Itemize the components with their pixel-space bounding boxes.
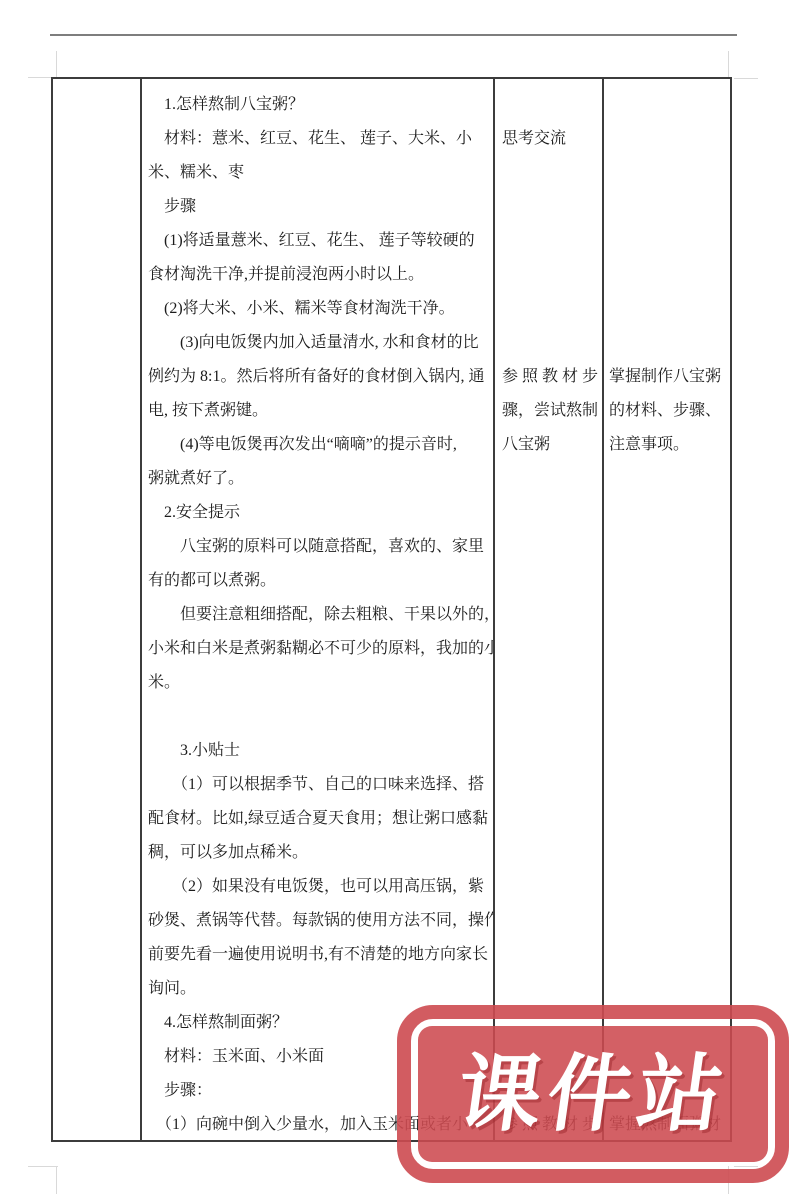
text-line xyxy=(609,972,727,1006)
text-line: 稠，可以多加点稀米。 xyxy=(148,836,489,870)
text-line: 注意事项。 xyxy=(609,428,727,462)
text-line: 1.怎样熬制八宝粥？ xyxy=(148,88,489,122)
text-line: 询问。 xyxy=(148,972,489,1006)
text-line: 八宝粥的原料可以随意搭配，喜欢的、家里 xyxy=(148,530,489,564)
watermark-stamp: 课件站 xyxy=(397,1005,789,1183)
text-line xyxy=(609,598,727,632)
text-line xyxy=(609,632,727,666)
text-line xyxy=(148,700,489,734)
text-line xyxy=(609,904,727,938)
text-line: （1）可以根据季节、自己的口味来选择、搭 xyxy=(148,768,489,802)
text-line: 3.小贴士 xyxy=(148,734,489,768)
text-line: 八宝粥 xyxy=(502,428,599,462)
text-line: (1)将适量薏米、红豆、花生、 莲子等较硬的 xyxy=(148,224,489,258)
text-line xyxy=(502,462,599,496)
text-line xyxy=(609,938,727,972)
text-line: (2)将大米、小米、糯米等食材淘洗干净。 xyxy=(148,292,489,326)
text-line: (3)向电饭煲内加入适量清水, 水和食材的比 xyxy=(148,326,489,360)
table-cell-learning-objective: 掌握制作八宝粥的材料、步骤、注意事项。 掌握熬制面粥材 xyxy=(604,79,730,1140)
text-line xyxy=(502,666,599,700)
table-cell-student-activity: 思考交流 参 照 教 材 步骤，尝试熬制八宝粥 参 照 教 材 步 xyxy=(495,79,604,1140)
lesson-plan-table: 1.怎样熬制八宝粥？ 材料：薏米、红豆、花生、 莲子、大米、小米、糯米、枣 步骤… xyxy=(51,77,732,1142)
text-line xyxy=(502,156,599,190)
text-line xyxy=(609,734,727,768)
text-line: 的材料、步骤、 xyxy=(609,394,727,428)
text-line xyxy=(502,938,599,972)
text-line xyxy=(502,972,599,1006)
text-line: 但要注意粗细搭配，除去粗粮、干果以外的， xyxy=(148,598,489,632)
margin-crop-mark-top-left xyxy=(56,51,57,77)
text-line xyxy=(502,904,599,938)
text-line: 有的都可以煮粥。 xyxy=(148,564,489,598)
text-line xyxy=(609,564,727,598)
text-line: 配食材。比如,绿豆适合夏天食用；想让粥口感黏 xyxy=(148,802,489,836)
text-line xyxy=(502,870,599,904)
text-line: (4)等电饭煲再次发出“嘀嘀”的提示音时, xyxy=(148,428,489,462)
text-line xyxy=(609,88,727,122)
margin-crop-mark-bottom-left xyxy=(28,1166,58,1167)
text-line: 思考交流 xyxy=(502,122,599,156)
text-line: 2.安全提示 xyxy=(148,496,489,530)
text-line: （2）如果没有电饭煲，也可以用高压锅，紫 xyxy=(148,870,489,904)
text-line xyxy=(502,564,599,598)
text-line xyxy=(502,292,599,326)
table-cell-empty-left xyxy=(53,79,142,1140)
text-line xyxy=(609,190,727,224)
text-line xyxy=(502,88,599,122)
text-line xyxy=(609,666,727,700)
text-line: 参 照 教 材 步 xyxy=(502,360,599,394)
text-line: 电, 按下煮粥键。 xyxy=(148,394,489,428)
margin-crop-mark-top-left xyxy=(28,77,51,78)
watermark-stamp-background: 课件站 xyxy=(418,1026,768,1162)
text-line: 粥就煮好了。 xyxy=(148,462,489,496)
watermark-stamp-text: 课件站 xyxy=(452,1052,734,1136)
text-line xyxy=(609,224,727,258)
margin-crop-mark-top-right xyxy=(728,51,729,77)
text-line xyxy=(502,768,599,802)
text-line xyxy=(609,836,727,870)
text-line xyxy=(502,496,599,530)
text-line xyxy=(609,870,727,904)
text-line: 米、糯米、枣 xyxy=(148,156,489,190)
text-line xyxy=(609,122,727,156)
text-line xyxy=(609,530,727,564)
text-line xyxy=(502,632,599,666)
text-line xyxy=(502,190,599,224)
text-line xyxy=(609,462,727,496)
text-line xyxy=(609,802,727,836)
text-line: 例约为 8:1。然后将所有备好的食材倒入锅内, 通 xyxy=(148,360,489,394)
text-line: 前要先看一遍使用说明书,有不清楚的地方向家长 xyxy=(148,938,489,972)
margin-crop-mark-top-right xyxy=(734,78,758,79)
text-line xyxy=(502,734,599,768)
text-line xyxy=(502,224,599,258)
text-line xyxy=(502,326,599,360)
text-line xyxy=(609,496,727,530)
text-line: 砂煲、煮锅等代替。每款锅的使用方法不同，操作 xyxy=(148,904,489,938)
text-line: 材料：薏米、红豆、花生、 莲子、大米、小 xyxy=(148,122,489,156)
text-line xyxy=(609,156,727,190)
text-line xyxy=(609,258,727,292)
text-line xyxy=(502,700,599,734)
text-line xyxy=(502,836,599,870)
document-page: 1.怎样熬制八宝粥？ 材料：薏米、红豆、花生、 莲子、大米、小米、糯米、枣 步骤… xyxy=(0,0,800,1200)
text-line: 步骤 xyxy=(148,190,489,224)
text-line xyxy=(502,802,599,836)
page-divider-line xyxy=(50,34,737,36)
text-line: 食材淘洗干净,并提前浸泡两小时以上。 xyxy=(148,258,489,292)
margin-crop-mark-bottom-left xyxy=(56,1166,57,1194)
text-line xyxy=(609,326,727,360)
text-line xyxy=(609,768,727,802)
text-line xyxy=(609,292,727,326)
table-cell-teaching-content: 1.怎样熬制八宝粥？ 材料：薏米、红豆、花生、 莲子、大米、小米、糯米、枣 步骤… xyxy=(142,79,495,1140)
text-line: 掌握制作八宝粥 xyxy=(609,360,727,394)
text-line: 骤，尝试熬制 xyxy=(502,394,599,428)
text-line xyxy=(609,700,727,734)
text-line: 米。 xyxy=(148,666,489,700)
text-line xyxy=(502,530,599,564)
text-line xyxy=(502,598,599,632)
text-line xyxy=(502,258,599,292)
text-line: 小米和白米是煮粥黏糊必不可少的原料，我加的小 xyxy=(148,632,489,666)
